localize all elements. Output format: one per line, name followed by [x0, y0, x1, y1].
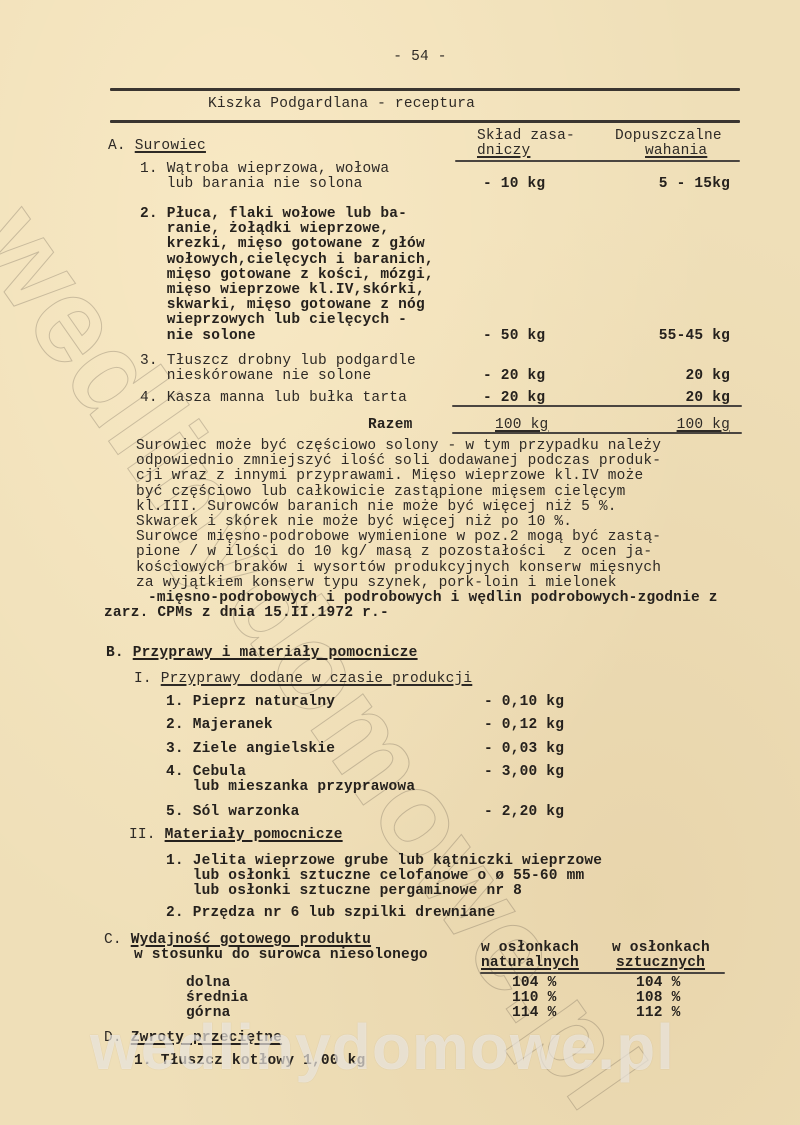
- note-line: Surowiec może być częściowo solony - w t…: [136, 439, 661, 454]
- col-base-header: dniczy: [477, 144, 530, 159]
- material-line: lub osłonki sztuczne celofanowe o ø 55-6…: [166, 869, 584, 884]
- base-amount: - 50 kg: [483, 329, 545, 344]
- spice-line: 2. Majeranek: [166, 718, 273, 733]
- note-line: zarz. CPMs z dnia 15.II.1972 r.-: [104, 606, 389, 621]
- ingredient-line: wołowych,cielęcych i baranich,: [140, 253, 434, 268]
- spice-line: lub mieszanka przyprawowa: [166, 780, 415, 795]
- top-rule: [110, 88, 740, 91]
- col-base-header: Skład zasa-: [477, 129, 575, 144]
- spice-amount: - 2,20 kg: [484, 805, 564, 820]
- ingredient-line: ranie, żołądki wieprzowe,: [140, 222, 389, 237]
- note-line: pione / w ilości do 10 kg/ masą z pozost…: [136, 545, 652, 560]
- range-amount: 5 - 15kg: [600, 177, 730, 192]
- subsection-przyprawy-heading: I. Przyprawy dodane w czasie produkcji: [134, 672, 472, 687]
- document-title: Kiszka Podgardlana - receptura: [208, 97, 475, 112]
- col-range-header: Dopuszczalne: [615, 129, 722, 144]
- yield-label: dolna: [186, 976, 231, 991]
- section-c-subheading: w stosunku do surowca niesolonego: [134, 948, 428, 963]
- spice-amount: - 3,00 kg: [484, 765, 564, 780]
- ingredient-line: 2. Płuca, flaki wołowe lub ba-: [140, 207, 407, 222]
- range-amount: 20 kg: [600, 369, 730, 384]
- ingredient-line: nie solone: [140, 329, 256, 344]
- section-b-heading: B. Przyprawy i materiały pomocnicze: [106, 646, 418, 661]
- spice-line: 5. Sól warzonka: [166, 805, 300, 820]
- note-line: cji wraz z innymi przyprawami. Mięso wie…: [136, 469, 643, 484]
- yield-artificial: 108 %: [636, 991, 681, 1006]
- spice-amount: - 0,10 kg: [484, 695, 564, 710]
- total-range: 100 kg: [600, 418, 730, 433]
- note-line: Skwarek i skórek nie może być więcej niż…: [136, 515, 572, 530]
- range-amount: 55-45 kg: [600, 329, 730, 344]
- yield-natural: 110 %: [512, 991, 557, 1006]
- material-line: 2. Przędza nr 6 lub szpilki drewniane: [166, 906, 495, 921]
- ingredient-line: 1. Wątroba wieprzowa, wołowa: [140, 162, 389, 177]
- ingredient-line: 3. Tłuszcz drobny lub podgardle: [140, 354, 416, 369]
- col-artificial-header: sztucznych: [616, 956, 705, 971]
- page-number: - 54 -: [380, 50, 460, 65]
- ingredient-line: lub barania nie solona: [140, 177, 363, 192]
- note-line: kl.III. Surowców baranich nie może być w…: [136, 500, 617, 515]
- spice-line: 1. Pieprz naturalny: [166, 695, 335, 710]
- note-line: kościowych braków i wysortów produkcyjny…: [136, 561, 661, 576]
- base-amount: - 10 kg: [483, 177, 545, 192]
- col-natural-header: naturalnych: [481, 956, 579, 971]
- ingredient-line: mięso gotowane z kości, mózgi,: [140, 268, 434, 283]
- range-amount: 20 kg: [600, 391, 730, 406]
- title-rule: [110, 120, 740, 123]
- section-c-heading: C. Wydajność gotowego produktu: [104, 933, 371, 948]
- yield-natural: 104 %: [512, 976, 557, 991]
- subtotal-rule: [452, 405, 742, 407]
- col-natural-header: w osłonkach: [481, 941, 579, 956]
- subsection-materialy-heading: II. Materiały pomocnicze: [129, 828, 343, 843]
- yield-header-rule: [480, 972, 725, 974]
- yield-artificial: 104 %: [636, 976, 681, 991]
- footer-watermark: wedlinydomowe.pl: [90, 1010, 675, 1084]
- col-range-header: wahania: [645, 144, 707, 159]
- ingredient-line: wieprzowych lub cielęcych -: [140, 313, 407, 328]
- section-a-title: Surowiec: [135, 138, 206, 154]
- spice-line: 4. Cebula: [166, 765, 246, 780]
- total-base: 100 kg: [495, 418, 548, 433]
- material-line: 1. Jelita wieprzowe grube lub kątniczki …: [166, 854, 602, 869]
- note-line: -mięsno-podrobowych i podrobowych i wędl…: [148, 591, 718, 606]
- spice-amount: - 0,03 kg: [484, 742, 564, 757]
- note-line: być częściowo lub całkowicie zastąpione …: [136, 485, 626, 500]
- base-amount: - 20 kg: [483, 391, 545, 406]
- col-artificial-header: w osłonkach: [612, 941, 710, 956]
- yield-label: średnia: [186, 991, 248, 1006]
- note-line: za wyjątkiem konserw typu szynek, pork-l…: [136, 576, 617, 591]
- ingredient-line: mięso wieprzowe kl.IV,skórki,: [140, 283, 425, 298]
- base-amount: - 20 kg: [483, 369, 545, 384]
- header-rule: [455, 160, 740, 162]
- ingredient-line: nieskórowane nie solone: [140, 369, 371, 384]
- ingredient-line: krezki, mięso gotowane z głów: [140, 237, 425, 252]
- total-label: Razem: [368, 418, 413, 433]
- note-line: odpowiednio zmniejszyć ilość soli dodawa…: [136, 454, 661, 469]
- total-rule: [452, 432, 742, 434]
- section-a-heading: A. Surowiec: [108, 139, 206, 154]
- ingredient-line: 4. Kasza manna lub bułka tarta: [140, 391, 407, 406]
- spice-amount: - 0,12 kg: [484, 718, 564, 733]
- spice-line: 3. Ziele angielskie: [166, 742, 335, 757]
- note-line: Surowce mięsno-podrobowe wymienione w po…: [136, 530, 661, 545]
- material-line: lub osłonki sztuczne pergaminowe nr 8: [166, 884, 522, 899]
- ingredient-line: skwarki, mięso gotowane z nóg: [140, 298, 425, 313]
